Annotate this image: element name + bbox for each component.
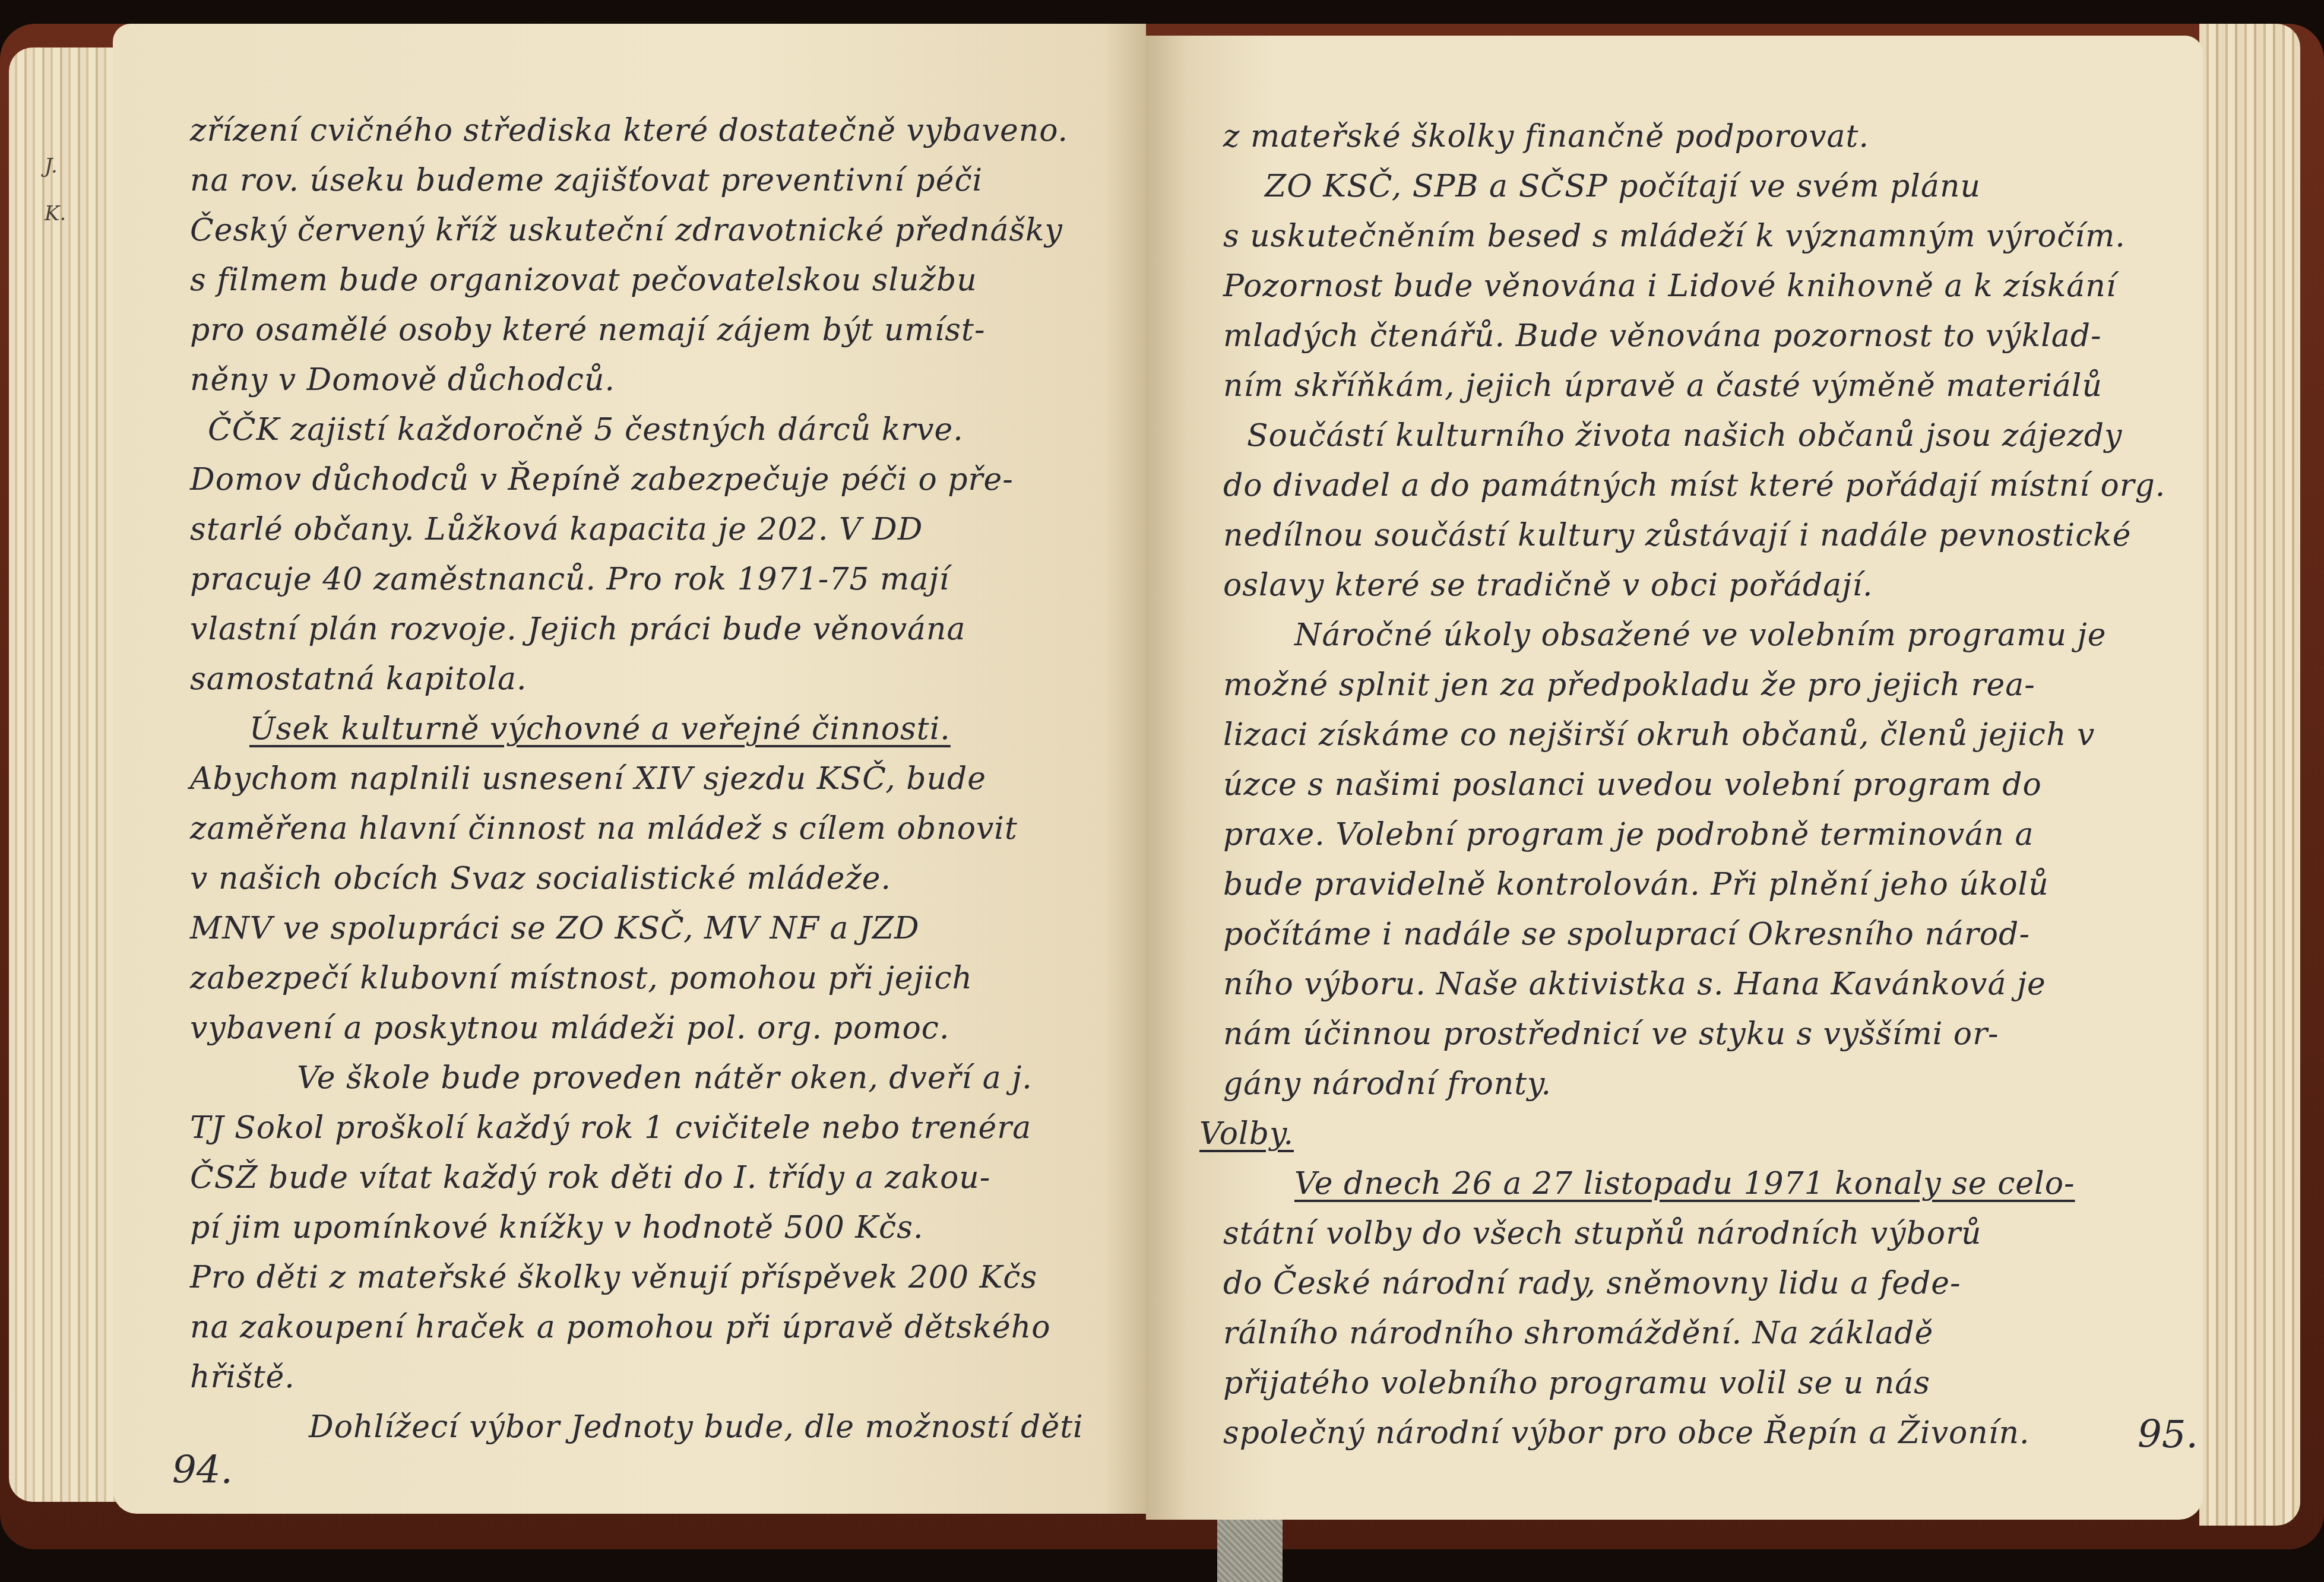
handwritten-line: Domov důchodců v Řepíně zabezpečuje péči… [190, 462, 1014, 497]
handwritten-line: lizaci získáme co nejširší okruh občanů,… [1223, 717, 2095, 753]
handwritten-line: Náročné úkoly obsažené ve volebním progr… [1294, 617, 2107, 653]
handwritten-line: Volby. [1199, 1116, 1294, 1152]
handwritten-line: Abychom naplnili usnesení XIV sjezdu KSČ… [190, 761, 986, 797]
handwritten-line: Úsek kulturně výchovné a veřejné činnost… [249, 711, 951, 747]
handwritten-line: pracuje 40 zaměstnanců. Pro rok 1971-75 … [190, 562, 949, 597]
handwritten-line: s uskutečněním besed s mládeží k významn… [1223, 218, 2126, 254]
handwritten-line: do divadel a do památných míst které poř… [1223, 468, 2165, 503]
handwritten-line: do České národní rady, sněmovny lidu a f… [1223, 1266, 1961, 1301]
handwritten-line: úzce s našimi poslanci uvedou volební pr… [1223, 767, 2042, 803]
handwritten-line: mladých čtenářů. Bude věnována pozornost… [1223, 318, 2102, 354]
handwritten-line: vlastní plán rozvoje. Jejich práci bude … [190, 611, 966, 647]
handwritten-line: možné splnit jen za předpokladu že pro j… [1223, 667, 2035, 703]
handwritten-line: na rov. úseku budeme zajišťovat preventi… [190, 163, 983, 198]
handwritten-line: Ve škole bude proveden nátěr oken, dveří… [297, 1060, 1033, 1096]
page-number-left: 94. [172, 1448, 233, 1492]
handwritten-line: ČČK zajistí každoročně 5 čestných dárců … [208, 412, 964, 448]
left-page: zřízení cvičného střediska které dostate… [113, 24, 1146, 1514]
bookmark-ribbon [1217, 1520, 1283, 1582]
handwritten-line: ZO KSČ, SPB a SČSP počítají ve svém plán… [1265, 169, 1981, 204]
handwritten-line: státní volby do všech stupňů národních v… [1223, 1216, 1982, 1251]
handwritten-line: pí jim upomínkové knížky v hodnotě 500 K… [190, 1210, 923, 1245]
handwritten-line: z mateřské školky finančně podporovat. [1223, 119, 1869, 154]
handwritten-line: zaměřena hlavní činnost na mládež s cíle… [190, 811, 1018, 847]
margin-note-2: K. [45, 202, 66, 226]
handwritten-line: Český červený kříž uskuteční zdravotnick… [190, 213, 1063, 248]
handwritten-line: přijatého volebního programu volil se u … [1223, 1365, 1930, 1401]
handwritten-line: ČSŽ bude vítat každý rok děti do I. tříd… [190, 1160, 990, 1196]
handwritten-line: v našich obcích Svaz socialistické mláde… [190, 861, 891, 896]
handwritten-line: společný národní výbor pro obce Řepín a … [1223, 1415, 2030, 1451]
handwritten-line: gány národní fronty. [1223, 1066, 1552, 1102]
handwritten-line: TJ Sokol proškolí každý rok 1 cvičitele … [190, 1110, 1031, 1146]
page-stack-right [2199, 24, 2300, 1526]
handwritten-line: pro osamělé osoby které nemají zájem být… [190, 312, 985, 348]
right-page: z mateřské školky finančně podporovat.ZO… [1146, 36, 2203, 1520]
handwritten-line: Pro děti z mateřské školky věnují příspě… [190, 1260, 1037, 1295]
handwritten-line: praxe. Volební program je podrobně termi… [1223, 817, 2034, 852]
handwritten-line: nedílnou součástí kultury zůstávají i na… [1223, 518, 2132, 553]
handwritten-line: oslavy které se tradičně v obci pořádají… [1223, 568, 1873, 603]
handwritten-line: počítáme i nadále se spoluprací Okresníh… [1223, 917, 2030, 952]
handwritten-line: samostatná kapitola. [190, 661, 527, 697]
handwritten-line: rálního národního shromáždění. Na základ… [1223, 1315, 1933, 1351]
handwritten-line: starlé občany. Lůžková kapacita je 202. … [190, 512, 923, 547]
handwritten-line: MNV ve spolupráci se ZO KSČ, MV NF a JZD [190, 911, 920, 946]
page-number-right: 95. [2138, 1413, 2198, 1457]
handwritten-line: na zakoupení hraček a pomohou při úpravě… [190, 1310, 1051, 1345]
handwritten-line: zřízení cvičného střediska které dostate… [190, 113, 1068, 148]
handwritten-line: něny v Domově důchodců. [190, 362, 615, 398]
handwritten-line: Součástí kulturního života našich občanů… [1247, 418, 2122, 454]
handwritten-line: nám účinnou prostřednicí ve styku s vyšš… [1223, 1016, 1999, 1052]
handwritten-line: bude pravidelně kontrolován. Při plnění … [1223, 867, 2049, 902]
handwritten-line: s filmem bude organizovat pečovatelskou … [190, 262, 977, 298]
margin-note-1: J. [45, 154, 58, 178]
handwritten-line: Dohlížecí výbor Jednoty bude, dle možnos… [309, 1409, 1084, 1445]
handwritten-line: Ve dnech 26 a 27 listopadu 1971 konaly s… [1294, 1166, 2075, 1201]
handwritten-line: ním skříňkám, jejich úpravě a časté výmě… [1223, 368, 2103, 404]
handwritten-line: Pozornost bude věnována i Lidové knihovn… [1223, 268, 2116, 304]
handwritten-line: ního výboru. Naše aktivistka s. Hana Kav… [1223, 966, 2046, 1002]
page-stack-left [9, 47, 122, 1502]
handwritten-line: hřiště. [190, 1359, 295, 1395]
handwritten-line: vybavení a poskytnou mládeži pol. org. p… [190, 1010, 949, 1046]
handwritten-line: zabezpečí klubovní místnost, pomohou při… [190, 960, 973, 996]
